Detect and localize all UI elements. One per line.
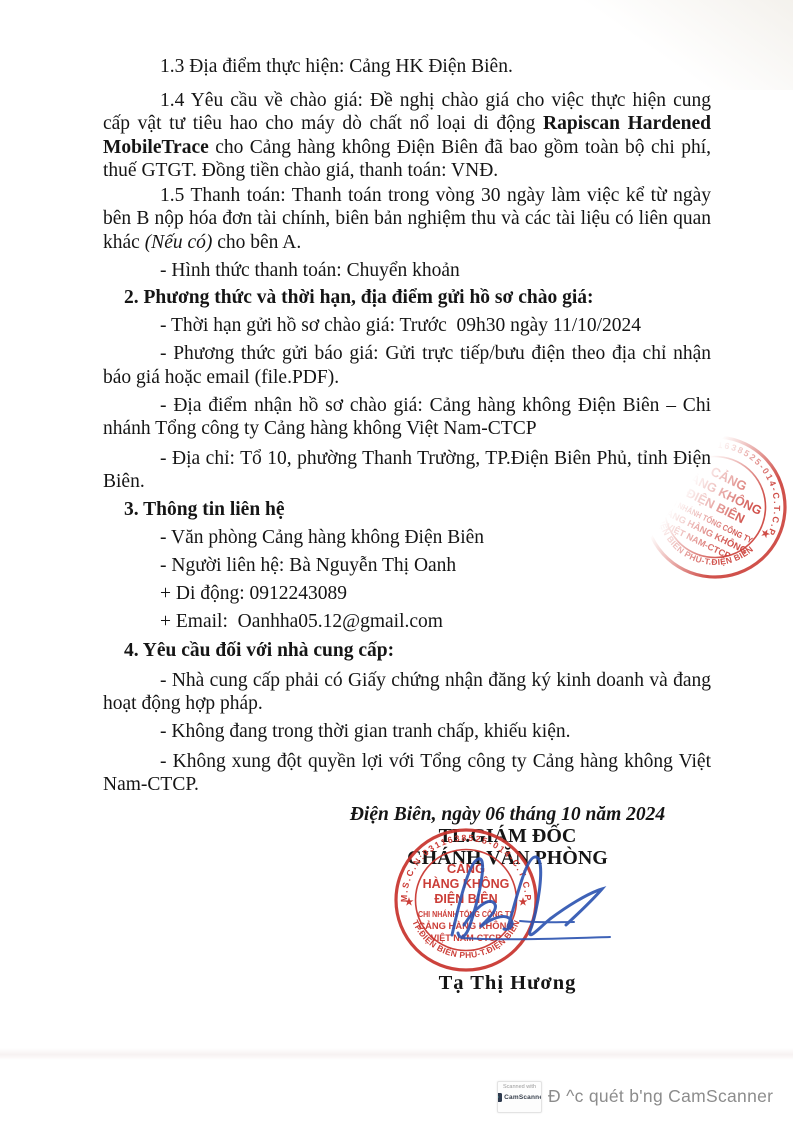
- section-2-heading: 2. Phương thức và thời hạn, địa điểm gửi…: [103, 286, 711, 310]
- paragraph-1-3: 1.3 Địa điểm thực hiện: Cảng HK Điện Biê…: [103, 55, 711, 79]
- paragraph-1-3-text: 1.3 Địa điểm thực hiện: Cảng HK Điện Biê…: [160, 56, 513, 77]
- list-item-send-method: - Phương thức gửi báo giá: Gửi trực tiếp…: [103, 342, 711, 389]
- scan-smudge-artifact: [0, 1048, 793, 1060]
- list-item-business-license: - Nhà cung cấp phải có Giấy chứng nhận đ…: [103, 669, 711, 716]
- paragraph-1-5-italic: (Nếu có): [145, 232, 213, 253]
- paragraph-1-5: 1.5 Thanh toán: Thanh toán trong vòng 30…: [103, 184, 711, 255]
- paragraph-1-5-post: cho bên A.: [212, 232, 301, 253]
- camscanner-logo-icon: [497, 1093, 502, 1102]
- signature-scribble: [438, 825, 768, 975]
- list-item-contact-person: - Người liên hệ: Bà Nguyễn Thị Oanh: [103, 554, 711, 578]
- badge-brand-label: CamScanner: [504, 1094, 542, 1101]
- section-3-heading: 3. Thông tin liên hệ: [103, 498, 711, 522]
- handwritten-signature: [438, 825, 768, 975]
- section-4-heading: 4. Yêu cầu đối với nhà cung cấp:: [103, 639, 711, 663]
- list-item-no-conflict: - Không xung đột quyền lợi với Tổng công…: [103, 750, 711, 797]
- camscanner-badge: Scanned with CamScanner: [497, 1081, 542, 1113]
- badge-brand-row: CamScanner: [498, 1093, 541, 1102]
- dateline: Điện Biên, ngày 06 tháng 10 năm 2024: [295, 803, 720, 827]
- list-item-phone: + Di động: 0912243089: [103, 582, 711, 606]
- paragraph-1-4: 1.4 Yêu cầu về chào giá: Đề nghị chào gi…: [103, 89, 711, 183]
- signer-name: Tạ Thị Hương: [295, 972, 720, 996]
- list-item-no-dispute: - Không đang trong thời gian tranh chấp,…: [103, 720, 711, 744]
- payment-method-line: - Hình thức thanh toán: Chuyển khoản: [103, 259, 711, 283]
- list-item-deadline: - Thời hạn gửi hồ sơ chào giá: Trước 09h…: [103, 314, 711, 338]
- watermark-caption: Đ ^c quét b'ng CamScanner: [548, 1086, 773, 1107]
- list-item-receive-place: - Địa điểm nhận hồ sơ chào giá: Cảng hàn…: [103, 394, 711, 441]
- list-item-email: + Email: Oanhha05.12@gmail.com: [103, 610, 711, 634]
- list-item-address: - Địa chỉ: Tổ 10, phường Thanh Trường, T…: [103, 447, 711, 494]
- star-icon-left: ★: [405, 897, 414, 908]
- badge-scanned-with-label: Scanned with: [498, 1084, 541, 1090]
- scanned-document-page: 1.3 Địa điểm thực hiện: Cảng HK Điện Biê…: [0, 0, 793, 1123]
